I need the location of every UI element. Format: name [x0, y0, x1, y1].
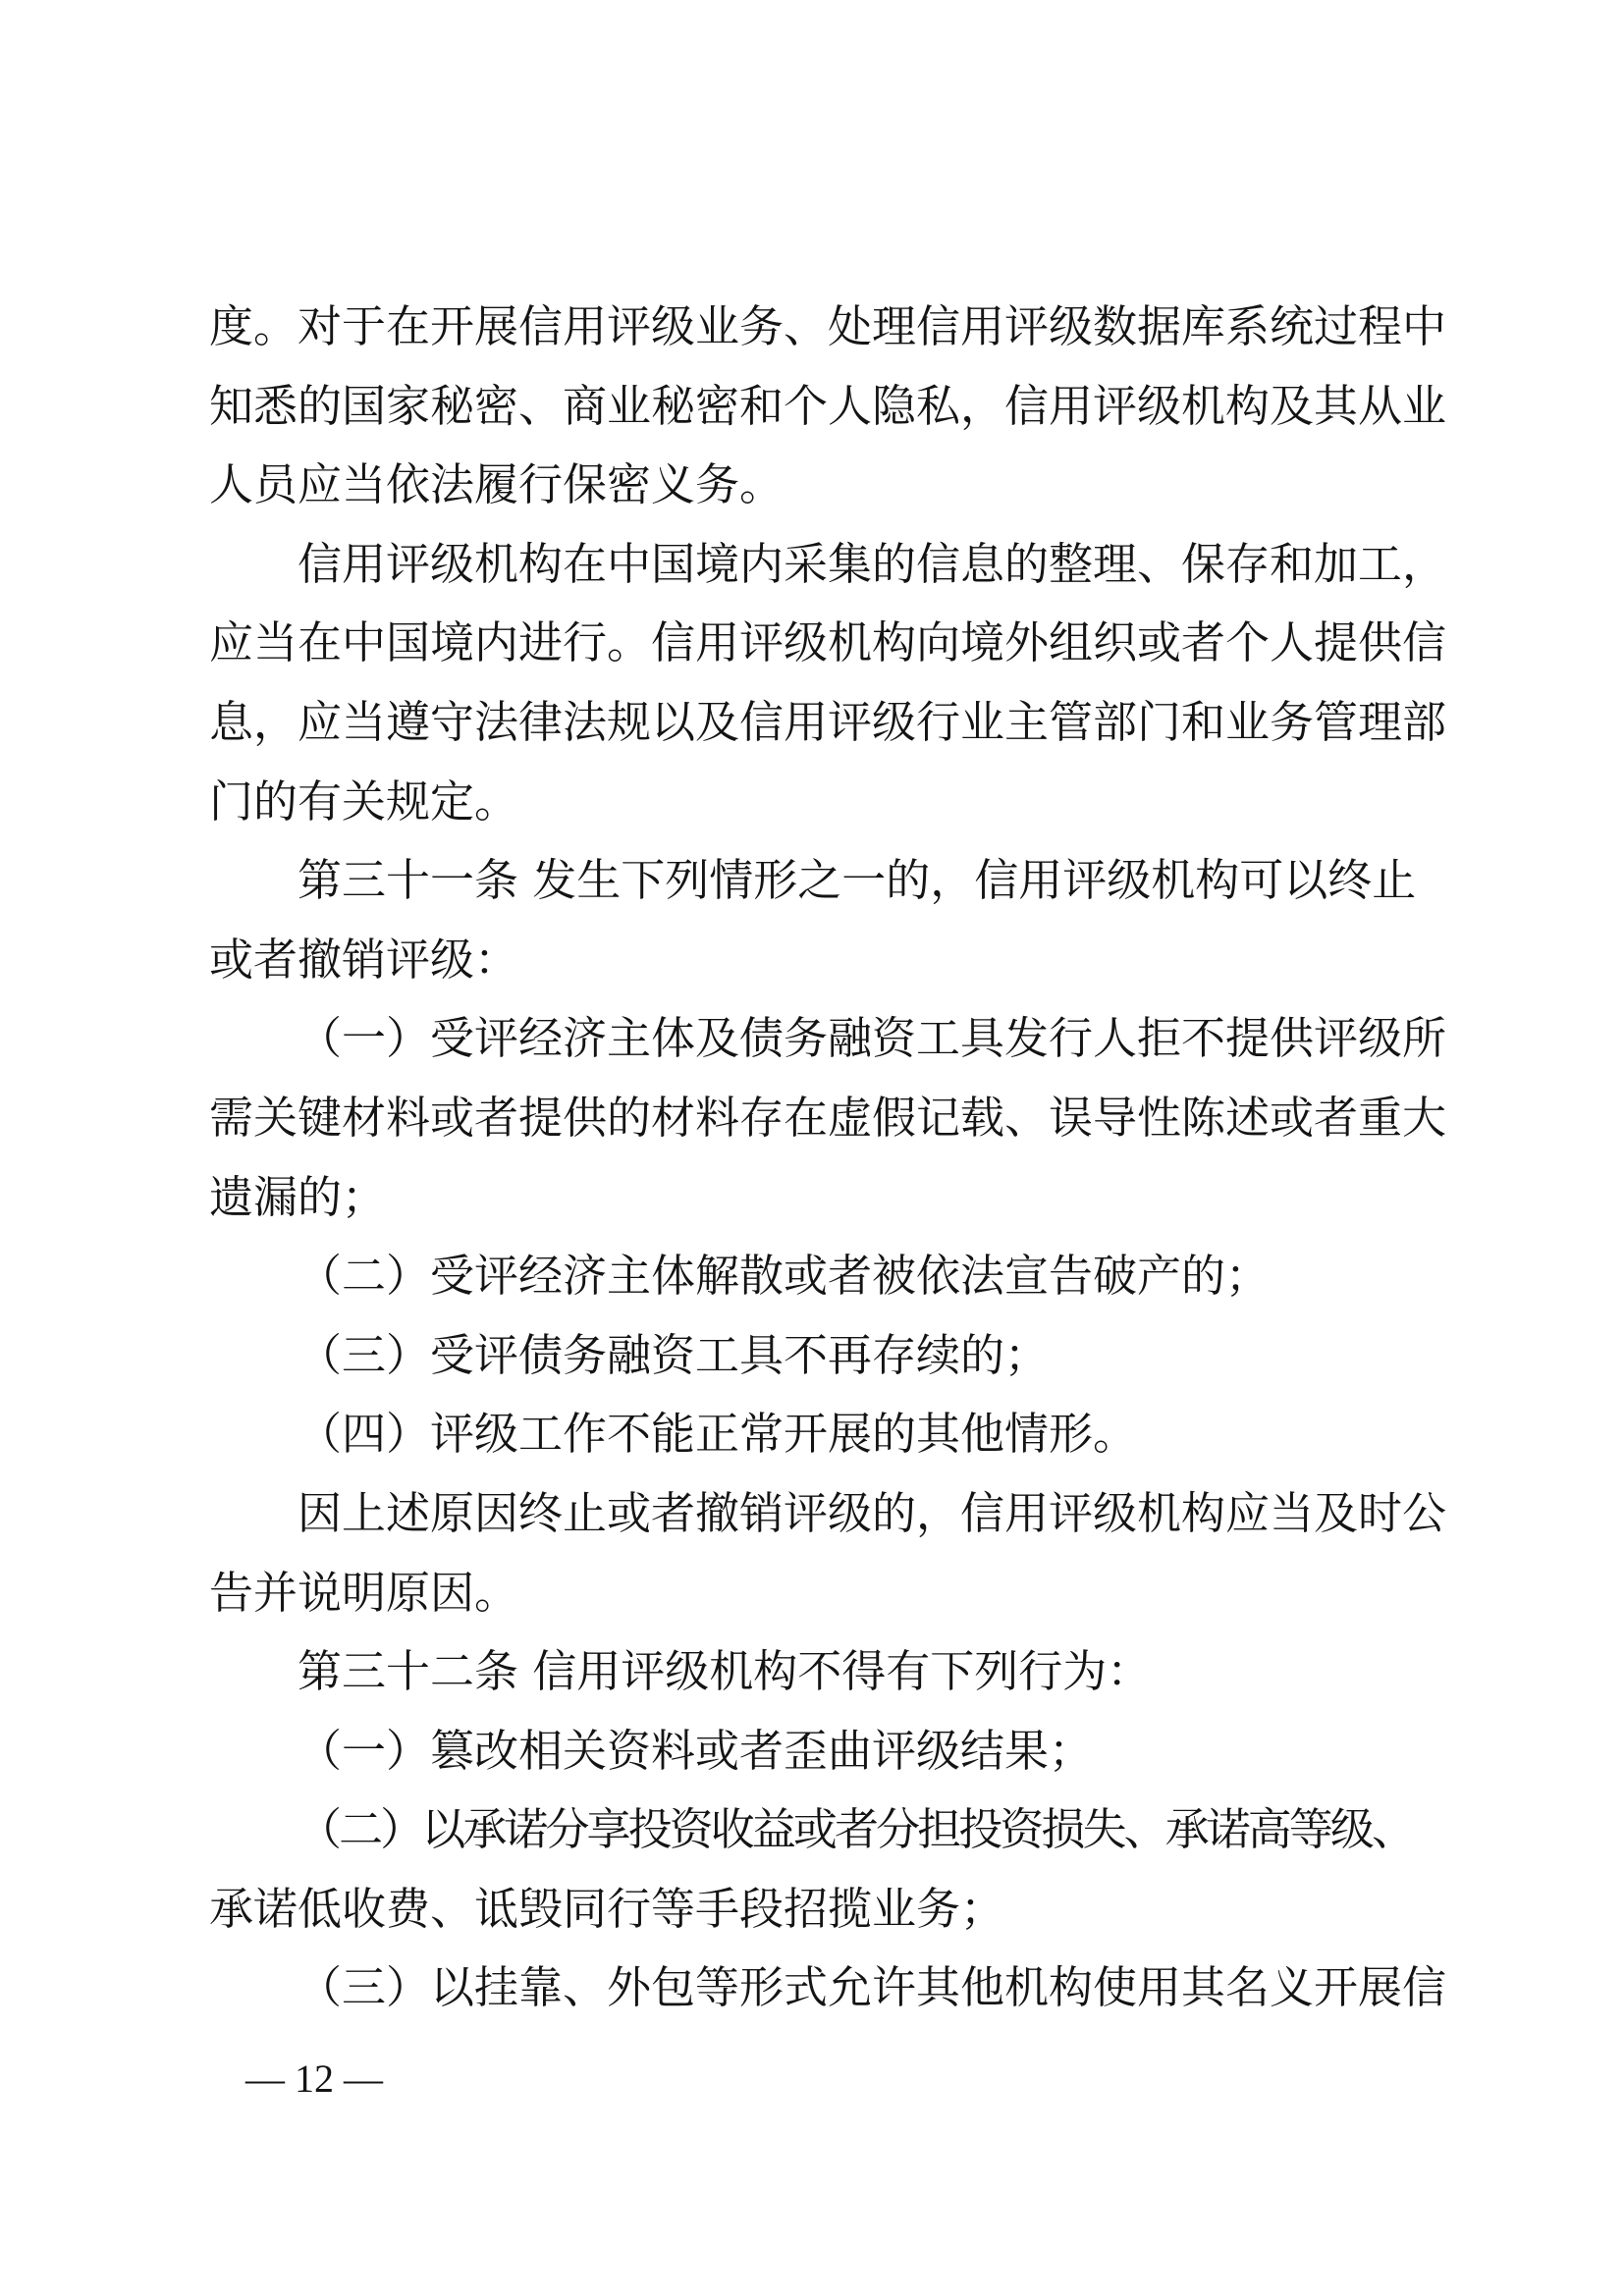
- text-line: 信用评级机构在中国境内采集的信息的整理、保存和加工，: [209, 525, 1413, 605]
- article-31-heading-line: 第三十一条 发生下列情形之一的，信用评级机构可以终止: [209, 841, 1413, 921]
- text-line: 承诺低收费、诋毁同行等手段招揽业务；: [209, 1870, 1413, 1949]
- text-line: 知悉的国家秘密、商业秘密和个人隐私，信用评级机构及其从业: [209, 367, 1413, 447]
- list-item-line: （二）以承诺分享投资收益或者分担投资损失、承诺高等级、: [209, 1790, 1413, 1870]
- text-line: 需关键材料或者提供的材料存在虚假记载、误导性陈述或者重大: [209, 1079, 1413, 1158]
- article-32-heading-line: 第三十二条 信用评级机构不得有下列行为：: [209, 1632, 1413, 1712]
- text-line: 或者撤销评级：: [209, 921, 1413, 1000]
- page-number: — 12 —: [245, 2056, 383, 2103]
- text-line: 告并说明原因。: [209, 1554, 1413, 1633]
- list-item-line: （四）评级工作不能正常开展的其他情形。: [209, 1395, 1413, 1474]
- list-item-line: （二）受评经济主体解散或者被依法宣告破产的；: [209, 1237, 1413, 1316]
- list-item-line: （三）以挂靠、外包等形式允许其他机构使用其名义开展信: [209, 1949, 1413, 2028]
- document-page: 度。对于在开展信用评级业务、处理信用评级数据库系统过程中 知悉的国家秘密、商业秘…: [0, 0, 1624, 2296]
- text-line: 因上述原因终止或者撤销评级的，信用评级机构应当及时公: [209, 1474, 1413, 1554]
- list-item-line: （三）受评债务融资工具不再存续的；: [209, 1316, 1413, 1396]
- text-line: 人员应当依法履行保密义务。: [209, 446, 1413, 525]
- list-item-line: （一）篡改相关资料或者歪曲评级结果；: [209, 1712, 1413, 1791]
- text-line: 遗漏的；: [209, 1158, 1413, 1238]
- text-line: 度。对于在开展信用评级业务、处理信用评级数据库系统过程中: [209, 288, 1413, 367]
- text-line: 应当在中国境内进行。信用评级机构向境外组织或者个人提供信: [209, 604, 1413, 683]
- text-line: 息，应当遵守法律法规以及信用评级行业主管部门和业务管理部: [209, 683, 1413, 763]
- text-line: 门的有关规定。: [209, 763, 1413, 842]
- body-text: 度。对于在开展信用评级业务、处理信用评级数据库系统过程中 知悉的国家秘密、商业秘…: [209, 288, 1413, 2028]
- list-item-line: （一）受评经济主体及债务融资工具发行人拒不提供评级所: [209, 999, 1413, 1079]
